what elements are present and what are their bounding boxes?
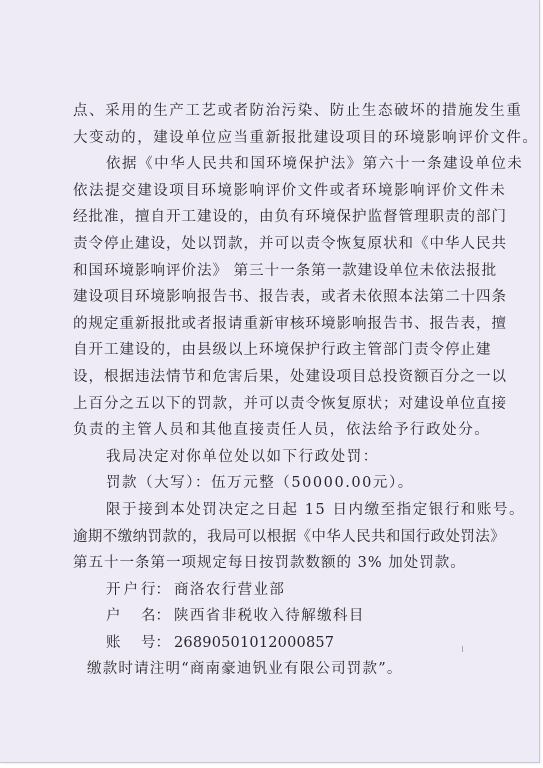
document-body: 点、采用的生产工艺或者防治污染、防止生态破坏的措施发生重 大变动的，建设单位应当… [73,98,471,683]
legal-basis-line: 建设项目环境影响报告书、报告表，或者未依照本法第二十四条 [73,284,471,311]
late-penalty-line: 第五十一条第一项规定每日按罚款数额的 3% 加处罚款。 [73,550,471,577]
legal-basis-line: 负责的主管人员和其他直接责任人员，依法给予行政处分。 [73,417,471,444]
paragraph-line: 点、采用的生产工艺或者防治污染、防止生态破坏的措施发生重 [73,98,471,125]
account-name-row: 户 名： 陕西省非税收入待解缴科目 [73,603,471,630]
document-page: 点、采用的生产工艺或者防治污染、防止生态破坏的措施发生重 大变动的，建设单位应当… [0,0,540,763]
late-penalty-line: 逾期不缴纳罚款的，我局可以根据《中华人民共和国行政处罚法》 [73,524,471,551]
scan-artifact [462,646,463,652]
legal-basis-line: 设，根据违法情节和危害后果，处建设项目总投资额百分之一以 [73,364,471,391]
legal-basis-line: 经批准，擅自开工建设的，由负有环境保护监督管理职责的部门 [73,204,471,231]
legal-basis-line: 上百分之五以下的罚款，并可以责令恢复原状；对建设单位直接 [73,391,471,418]
payment-note: 缴款时请注明“商南豪迪钒业有限公司罚款”。 [73,656,471,683]
account-name-label: 户 名： [106,603,170,630]
decision-statement: 我局决定对你单位处以如下行政处罚： [73,444,471,471]
account-name-value: 陕西省非税收入待解缴科目 [170,603,365,630]
account-number-value: 26890501012000857 [170,630,334,657]
legal-basis-line: 自开工建设的，由县级以上环境保护行政主管部门责令停止建 [73,337,471,364]
account-number-label: 账 号： [106,630,170,657]
bank-label: 开 户 行： [106,577,170,604]
legal-basis-line: 和国环境影响评价法》 第三十一条第一款建设单位未依法报批 [73,258,471,285]
legal-basis-line: 责令停止建设，处以罚款，并可以责令恢复原状和《中华人民共 [73,231,471,258]
legal-basis-line: 依据《中华人民共和国环境保护法》第六十一条建设单位未 [73,151,471,178]
paragraph-line: 大变动的，建设单位应当重新报批建设项目的环境影响评价文件。 [73,125,471,152]
bank-value: 商洛农行营业部 [170,577,285,604]
legal-basis-line: 的规定重新报批或者报请重新审核环境影响报告书、报告表，擅 [73,311,471,338]
bank-row: 开 户 行： 商洛农行营业部 [73,577,471,604]
payment-deadline: 限于接到本处罚决定之日起 15 日内缴至指定银行和账号。 [73,497,471,524]
legal-basis-line: 依法提交建设项目环境影响评价文件或者环境影响评价文件未 [73,178,471,205]
account-number-row: 账 号： 26890501012000857 [73,630,471,657]
fine-amount: 罚款（大写）：伍万元整（50000.00元）。 [73,470,471,497]
